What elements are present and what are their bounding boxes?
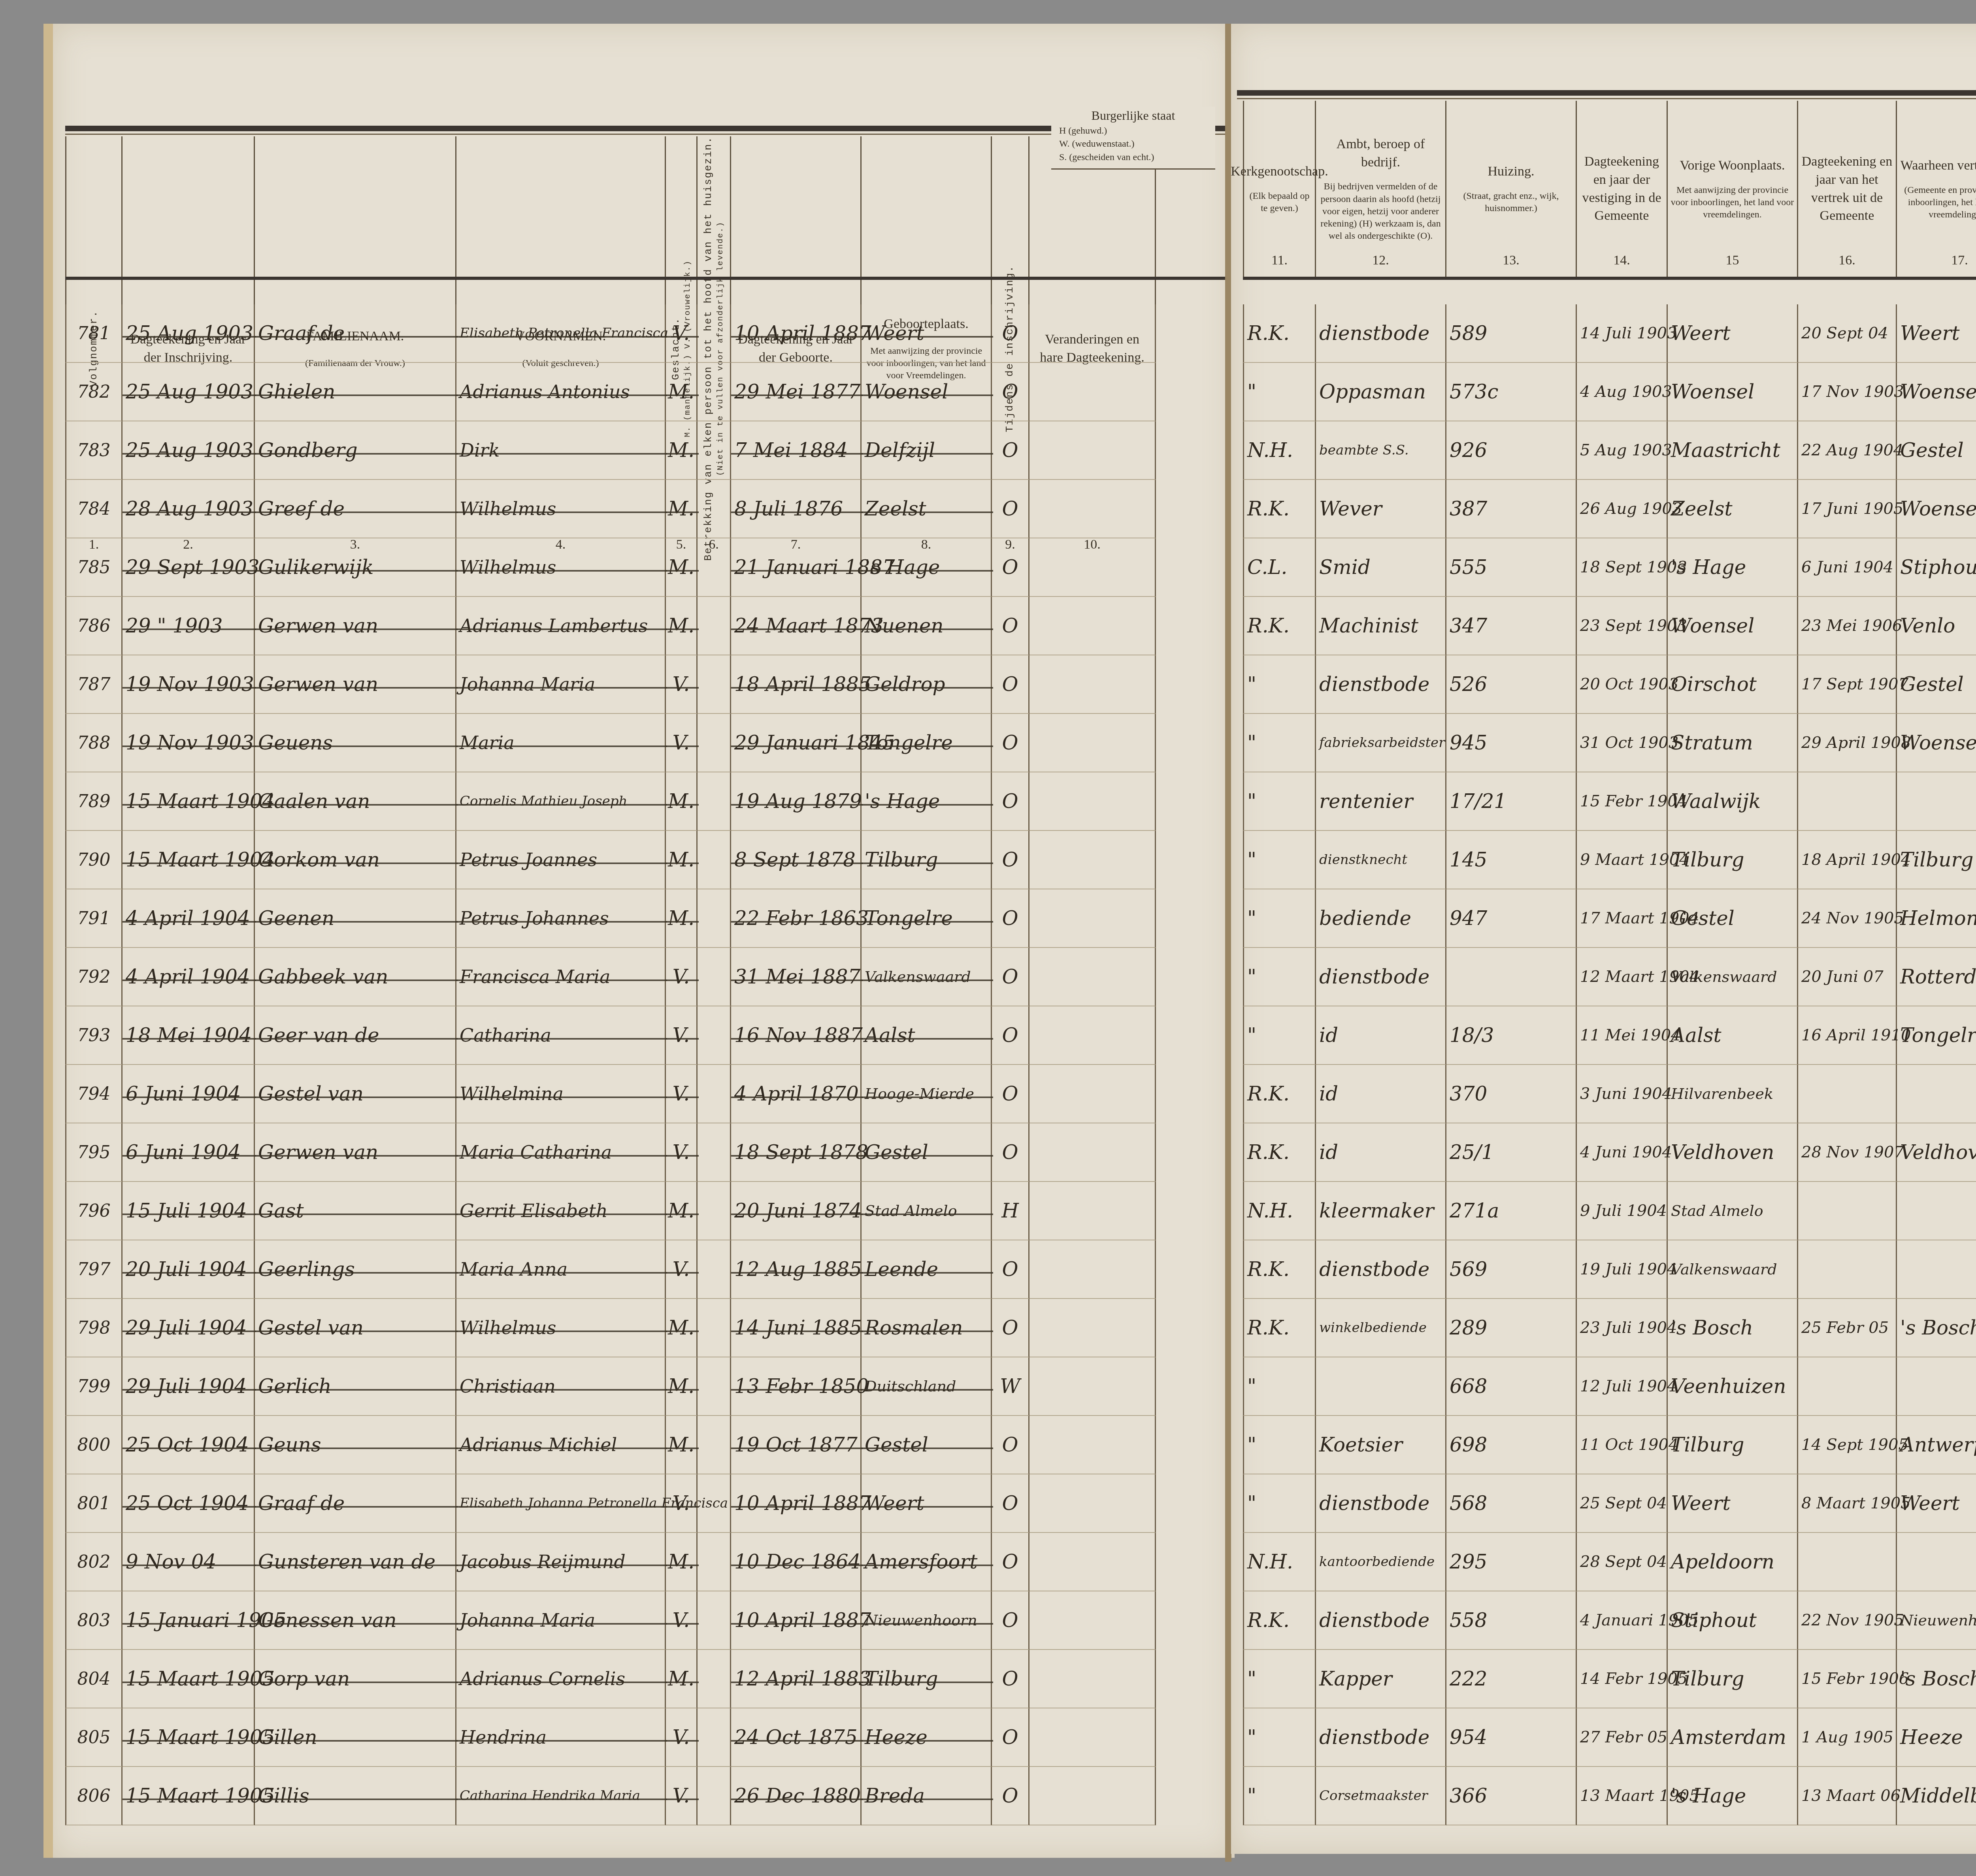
cell-birth-date: 10 April 1887 bbox=[731, 1591, 862, 1650]
cell-occupation: kantoorbediende bbox=[1316, 1533, 1446, 1591]
cell-settlement-date: 4 Aug 1903 bbox=[1577, 363, 1668, 421]
cell-destination: Antwerpen bbox=[1897, 1416, 1976, 1474]
column-header-16: Dagteekening en jaar van het vertrek uit… bbox=[1798, 101, 1897, 277]
cell-registration-date: 20 Juli 1904 bbox=[123, 1240, 255, 1299]
cell-row-number: 806 bbox=[65, 1767, 123, 1825]
cell-church: " bbox=[1243, 363, 1316, 421]
column-header-title: Dagteekening en jaar van het vertrek uit… bbox=[1801, 153, 1893, 225]
cell-registration-date: 19 Nov 1903 bbox=[123, 714, 255, 772]
cell-birth-date: 12 April 1883 bbox=[731, 1650, 862, 1708]
cell-occupation: dienstbode bbox=[1316, 948, 1446, 1006]
cell-occupation: id bbox=[1316, 1065, 1446, 1123]
cell-birth-date: 22 Febr 1863 bbox=[731, 889, 862, 948]
column-header-title: Huizing. bbox=[1488, 162, 1534, 181]
cell-birthplace: Leende bbox=[862, 1240, 992, 1299]
cell-registration-date: 29 Sept 1903 bbox=[123, 538, 255, 597]
cell-given-names: Catharina bbox=[456, 1006, 666, 1065]
cell-previous-residence: Veenhuizen bbox=[1668, 1357, 1798, 1416]
cell-row-number: 794 bbox=[65, 1065, 123, 1123]
cell-occupation: Machinist bbox=[1316, 597, 1446, 655]
cell-settlement-date: 11 Oct 1904 bbox=[1577, 1416, 1668, 1474]
cell-birthplace: Tilburg bbox=[862, 831, 992, 889]
cell-settlement-date: 14 Febr 1905 bbox=[1577, 1650, 1668, 1708]
cell-civil-status-changes bbox=[1029, 772, 1156, 831]
cell-house-number: 568 bbox=[1446, 1474, 1577, 1533]
cell-departure-date: 8 Maart 1905 bbox=[1798, 1474, 1897, 1533]
cell-civil-status: O bbox=[992, 421, 1029, 480]
cell-previous-residence: Gestel bbox=[1668, 889, 1798, 948]
cell-relation bbox=[698, 1591, 731, 1650]
cell-registration-date: 18 Mei 1904 bbox=[123, 1006, 255, 1065]
cell-birthplace: 's Hage bbox=[862, 772, 992, 831]
cell-registration-date: 15 Januari 1905 bbox=[123, 1591, 255, 1650]
cell-departure-date bbox=[1798, 1533, 1897, 1591]
cell-civil-status: O bbox=[992, 597, 1029, 655]
cell-birth-date: 10 Dec 1864 bbox=[731, 1533, 862, 1591]
cell-given-names: Christiaan bbox=[456, 1357, 666, 1416]
cell-registration-date: 15 Maart 1905 bbox=[123, 1650, 255, 1708]
burgerlijke-staat-legend-item: H (gehuwd.) bbox=[1051, 125, 1215, 138]
cell-departure-date: 22 Nov 1905 bbox=[1798, 1591, 1897, 1650]
cell-church: N.H. bbox=[1243, 421, 1316, 480]
cell-destination bbox=[1897, 1182, 1976, 1240]
cell-birth-date: 20 Juni 1874 bbox=[731, 1182, 862, 1240]
cell-gender: V. bbox=[666, 714, 698, 772]
cell-settlement-date: 19 Juli 1904 bbox=[1577, 1240, 1668, 1299]
cell-destination: Middelburg bbox=[1897, 1767, 1976, 1825]
cell-civil-status-changes bbox=[1029, 1533, 1156, 1591]
cell-family-name: Geer van de bbox=[255, 1006, 456, 1065]
cell-house-number: 555 bbox=[1446, 538, 1577, 597]
cell-occupation: Wever bbox=[1316, 480, 1446, 538]
cell-birth-date: 29 Mei 1877 bbox=[731, 363, 862, 421]
cell-birthplace: Geldrop bbox=[862, 655, 992, 714]
cell-occupation: beambte S.S. bbox=[1316, 421, 1446, 480]
cell-church: " bbox=[1243, 1416, 1316, 1474]
cell-occupation: dienstbode bbox=[1316, 304, 1446, 363]
cell-given-names: Elisabeth Petronella Francisca bbox=[456, 304, 666, 363]
cell-civil-status: O bbox=[992, 1006, 1029, 1065]
cell-civil-status: O bbox=[992, 1299, 1029, 1357]
cell-settlement-date: 3 Juni 1904 bbox=[1577, 1065, 1668, 1123]
cell-birth-date: 24 Oct 1875 bbox=[731, 1708, 862, 1767]
cell-settlement-date: 28 Sept 04 bbox=[1577, 1533, 1668, 1591]
cell-gender: V. bbox=[666, 655, 698, 714]
cell-occupation: id bbox=[1316, 1006, 1446, 1065]
cell-settlement-date: 4 Januari 1905 bbox=[1577, 1591, 1668, 1650]
cell-civil-status: O bbox=[992, 655, 1029, 714]
burgerlijke-staat-legend-item: S. (gescheiden van echt.) bbox=[1051, 151, 1215, 164]
cell-row-number: 803 bbox=[65, 1591, 123, 1650]
cell-civil-status-changes bbox=[1029, 1708, 1156, 1767]
cell-previous-residence: Veldhoven bbox=[1668, 1123, 1798, 1182]
cell-given-names: Maria bbox=[456, 714, 666, 772]
cell-departure-date: 24 Nov 1905 bbox=[1798, 889, 1897, 948]
cell-occupation: Oppasman bbox=[1316, 363, 1446, 421]
cell-birthplace: Rosmalen bbox=[862, 1299, 992, 1357]
cell-given-names: Johanna Maria bbox=[456, 1591, 666, 1650]
cell-house-number: 347 bbox=[1446, 597, 1577, 655]
cell-birth-date: 14 Juni 1885 bbox=[731, 1299, 862, 1357]
cell-occupation: dienstbode bbox=[1316, 1591, 1446, 1650]
cell-departure-date: 20 Juni 07 bbox=[1798, 948, 1897, 1006]
column-number: 15 bbox=[1668, 251, 1797, 270]
cell-birth-date: 18 Sept 1878 bbox=[731, 1123, 862, 1182]
cell-birthplace: Delfzijl bbox=[862, 421, 992, 480]
cell-civil-status-changes bbox=[1029, 363, 1156, 421]
cell-gender: M. bbox=[666, 538, 698, 597]
cell-destination: Gestel bbox=[1897, 421, 1976, 480]
cell-registration-date: 15 Maart 1905 bbox=[123, 1708, 255, 1767]
column-number: 12. bbox=[1316, 251, 1445, 270]
cell-occupation: fabrieksarbeidster bbox=[1316, 714, 1446, 772]
cell-civil-status-changes bbox=[1029, 1299, 1156, 1357]
cell-house-number: 526 bbox=[1446, 655, 1577, 714]
cell-civil-status: O bbox=[992, 1650, 1029, 1708]
column-header-title: Ambt, beroep of bedrijf. bbox=[1318, 135, 1443, 172]
header-bottom-rule-right bbox=[1243, 277, 1976, 280]
cell-departure-date bbox=[1798, 772, 1897, 831]
cell-gender: V. bbox=[666, 1065, 698, 1123]
cell-birth-date: 10 April 1887 bbox=[731, 304, 862, 363]
cell-settlement-date: 11 Mei 1904 bbox=[1577, 1006, 1668, 1065]
column-header-subtitle: (Straat, gracht enz., wijk, huisnommer.) bbox=[1449, 190, 1573, 215]
cell-church: " bbox=[1243, 1650, 1316, 1708]
cell-birthplace: Hooge-Mierde bbox=[862, 1065, 992, 1123]
cell-occupation: Smid bbox=[1316, 538, 1446, 597]
cell-birth-date: 26 Dec 1880 bbox=[731, 1767, 862, 1825]
cell-birth-date: 16 Nov 1887 bbox=[731, 1006, 862, 1065]
cell-destination bbox=[1897, 1240, 1976, 1299]
burgerlijke-staat-title: Burgerlijke staat bbox=[1051, 107, 1215, 125]
cell-church: " bbox=[1243, 1006, 1316, 1065]
cell-given-names: Hendrina bbox=[456, 1708, 666, 1767]
cell-departure-date: 25 Febr 05 bbox=[1798, 1299, 1897, 1357]
cell-previous-residence: Stad Almelo bbox=[1668, 1182, 1798, 1240]
cell-civil-status: O bbox=[992, 714, 1029, 772]
cell-house-number: 366 bbox=[1446, 1767, 1577, 1825]
cell-row-number: 782 bbox=[65, 363, 123, 421]
cell-birth-date: 29 Januari 1845 bbox=[731, 714, 862, 772]
cell-civil-status: O bbox=[992, 1474, 1029, 1533]
cell-house-number bbox=[1446, 948, 1577, 1006]
column-number: 13. bbox=[1446, 251, 1576, 270]
cell-church: " bbox=[1243, 1357, 1316, 1416]
cell-destination: Helmond bbox=[1897, 889, 1976, 948]
cell-given-names: Dirk bbox=[456, 421, 666, 480]
cell-civil-status: O bbox=[992, 1065, 1029, 1123]
cell-row-number: 783 bbox=[65, 421, 123, 480]
cell-family-name: Gerwen van bbox=[255, 655, 456, 714]
cell-house-number: 954 bbox=[1446, 1708, 1577, 1767]
cell-departure-date: 17 Sept 1907 bbox=[1798, 655, 1897, 714]
cell-family-name: Geuns bbox=[255, 1416, 456, 1474]
cell-given-names: Adrianus Cornelis bbox=[456, 1650, 666, 1708]
cell-given-names: Elisabeth Johanna Petronella Francisca bbox=[456, 1474, 666, 1533]
cell-previous-residence: 's Bosch bbox=[1668, 1299, 1798, 1357]
column-number: 14. bbox=[1577, 251, 1667, 270]
cell-church: " bbox=[1243, 655, 1316, 714]
cell-relation bbox=[698, 948, 731, 1006]
cell-previous-residence: Valkenswaard bbox=[1668, 948, 1798, 1006]
cell-destination: 's Bosch bbox=[1897, 1650, 1976, 1708]
left-column-headers: Volgnommer.1.Dagteekening en Jaar der In… bbox=[65, 136, 1156, 277]
cell-birthplace: Breda bbox=[862, 1767, 992, 1825]
cell-church: R.K. bbox=[1243, 1123, 1316, 1182]
cell-relation bbox=[698, 1474, 731, 1533]
cell-family-name: Gorp van bbox=[255, 1650, 456, 1708]
cell-civil-status-changes bbox=[1029, 538, 1156, 597]
cell-relation bbox=[698, 1182, 731, 1240]
column-header-13: Huizing.(Straat, gracht enz., wijk, huis… bbox=[1446, 101, 1577, 277]
column-header-title: Dagteekening en jaar der vestiging in de… bbox=[1579, 153, 1664, 225]
cell-family-name: Gerwen van bbox=[255, 1123, 456, 1182]
cell-church: R.K. bbox=[1243, 1591, 1316, 1650]
cell-registration-date: 9 Nov 04 bbox=[123, 1533, 255, 1591]
header-thin-rule-right bbox=[1237, 98, 1976, 99]
cell-house-number: 295 bbox=[1446, 1533, 1577, 1591]
cell-registration-date: 15 Maart 1905 bbox=[123, 1767, 255, 1825]
cell-registration-date: 15 Juli 1904 bbox=[123, 1182, 255, 1240]
cell-birthplace: Tilburg bbox=[862, 1650, 992, 1708]
cell-given-names: Johanna Maria bbox=[456, 655, 666, 714]
cell-house-number: 558 bbox=[1446, 1591, 1577, 1650]
cell-destination bbox=[1897, 1533, 1976, 1591]
cell-registration-date: 6 Juni 1904 bbox=[123, 1065, 255, 1123]
cell-birthplace: Tongelre bbox=[862, 889, 992, 948]
cell-birth-date: 13 Febr 1850 bbox=[731, 1357, 862, 1416]
cell-relation bbox=[698, 1708, 731, 1767]
cell-church: " bbox=[1243, 889, 1316, 948]
cell-destination: Venlo bbox=[1897, 597, 1976, 655]
cell-relation bbox=[698, 655, 731, 714]
cell-civil-status: O bbox=[992, 304, 1029, 363]
cell-previous-residence: Oirschot bbox=[1668, 655, 1798, 714]
cell-occupation: Koetsier bbox=[1316, 1416, 1446, 1474]
cell-family-name: Gaalen van bbox=[255, 772, 456, 831]
cell-occupation: dienstknecht bbox=[1316, 831, 1446, 889]
cell-registration-date: 29 Juli 1904 bbox=[123, 1357, 255, 1416]
cell-destination: Nieuwenhoorn bbox=[1897, 1591, 1976, 1650]
cell-relation bbox=[698, 1767, 731, 1825]
cell-gender: V. bbox=[666, 304, 698, 363]
cell-departure-date: 17 Juni 1905 bbox=[1798, 480, 1897, 538]
cell-civil-status: O bbox=[992, 480, 1029, 538]
cell-family-name: Geuens bbox=[255, 714, 456, 772]
cell-registration-date: 25 Oct 1904 bbox=[123, 1474, 255, 1533]
cell-civil-status: O bbox=[992, 1767, 1029, 1825]
cell-settlement-date: 17 Maart 1904 bbox=[1577, 889, 1668, 948]
cell-row-number: 786 bbox=[65, 597, 123, 655]
cell-church: " bbox=[1243, 1474, 1316, 1533]
cell-previous-residence: Woensel bbox=[1668, 597, 1798, 655]
cell-registration-date: 4 April 1904 bbox=[123, 889, 255, 948]
left-register-table: 78125 Aug 1903Graaf deElisabeth Petronel… bbox=[65, 304, 1156, 1825]
cell-birthplace: Nuenen bbox=[862, 597, 992, 655]
cell-occupation: id bbox=[1316, 1123, 1446, 1182]
cell-church: R.K. bbox=[1243, 1299, 1316, 1357]
cell-row-number: 802 bbox=[65, 1533, 123, 1591]
cell-previous-residence: Weert bbox=[1668, 1474, 1798, 1533]
cell-church: " bbox=[1243, 948, 1316, 1006]
cell-relation bbox=[698, 1006, 731, 1065]
header-top-rule-right bbox=[1237, 90, 1976, 96]
cell-church: R.K. bbox=[1243, 304, 1316, 363]
cell-relation bbox=[698, 1299, 731, 1357]
cell-church: R.K. bbox=[1243, 1065, 1316, 1123]
cell-gender: V. bbox=[666, 1123, 698, 1182]
cell-birth-date: 18 April 1885 bbox=[731, 655, 862, 714]
column-header-subtitle: Bij bedrijven vermelden of de persoon da… bbox=[1318, 181, 1443, 242]
cell-registration-date: 15 Maart 1904 bbox=[123, 831, 255, 889]
cell-family-name: Geenen bbox=[255, 889, 456, 948]
cell-settlement-date: 23 Sept 1903 bbox=[1577, 597, 1668, 655]
cell-row-number: 787 bbox=[65, 655, 123, 714]
cell-house-number: 370 bbox=[1446, 1065, 1577, 1123]
cell-relation bbox=[698, 1533, 731, 1591]
cell-previous-residence: Waalwijk bbox=[1668, 772, 1798, 831]
cell-birthplace: Weert bbox=[862, 304, 992, 363]
cell-destination: Woensel bbox=[1897, 480, 1976, 538]
cell-given-names: Catharina Hendrika Maria bbox=[456, 1767, 666, 1825]
cell-destination: 's Bosch bbox=[1897, 1299, 1976, 1357]
cell-birthplace: Weert bbox=[862, 1474, 992, 1533]
cell-birthplace: Tongelre bbox=[862, 714, 992, 772]
cell-relation bbox=[698, 363, 731, 421]
cell-gender: V. bbox=[666, 948, 698, 1006]
cell-relation bbox=[698, 1357, 731, 1416]
cell-given-names: Adrianus Michiel bbox=[456, 1416, 666, 1474]
cell-given-names: Francisca Maria bbox=[456, 948, 666, 1006]
cell-church: " bbox=[1243, 831, 1316, 889]
cell-birth-date: 4 April 1870 bbox=[731, 1065, 862, 1123]
cell-birth-date: 10 April 1887 bbox=[731, 1474, 862, 1533]
cell-given-names: Maria Anna bbox=[456, 1240, 666, 1299]
cell-birthplace: Gestel bbox=[862, 1123, 992, 1182]
burgerlijke-staat-header: Burgerlijke staatH (gehuwd.)W. (weduwens… bbox=[1051, 107, 1215, 170]
cell-departure-date: 15 Febr 1906 bbox=[1798, 1650, 1897, 1708]
cell-civil-status-changes bbox=[1029, 1416, 1156, 1474]
cell-birth-date: 7 Mei 1884 bbox=[731, 421, 862, 480]
cell-civil-status-changes bbox=[1029, 1591, 1156, 1650]
cell-family-name: Gast bbox=[255, 1182, 456, 1240]
cell-departure-date: 17 Nov 1903 bbox=[1798, 363, 1897, 421]
cell-family-name: Gulikerwijk bbox=[255, 538, 456, 597]
cell-previous-residence: Tilburg bbox=[1668, 831, 1798, 889]
cell-departure-date: 14 Sept 1905 bbox=[1798, 1416, 1897, 1474]
cell-occupation: winkelbediende bbox=[1316, 1299, 1446, 1357]
cell-previous-residence: Aalst bbox=[1668, 1006, 1798, 1065]
cell-civil-status-changes bbox=[1029, 948, 1156, 1006]
cell-row-number: 793 bbox=[65, 1006, 123, 1065]
column-header-subtitle: Met aanwijzing der provincie voor inboor… bbox=[1670, 184, 1795, 221]
cell-relation bbox=[698, 1650, 731, 1708]
cell-birth-date: 8 Sept 1878 bbox=[731, 831, 862, 889]
cell-given-names: Wilhelmus bbox=[456, 1299, 666, 1357]
cell-registration-date: 4 April 1904 bbox=[123, 948, 255, 1006]
cell-relation bbox=[698, 1065, 731, 1123]
cell-occupation: dienstbode bbox=[1316, 1708, 1446, 1767]
cell-previous-residence: Apeldoorn bbox=[1668, 1533, 1798, 1591]
cell-birth-date: 21 Januari 1887 bbox=[731, 538, 862, 597]
cell-row-number: 799 bbox=[65, 1357, 123, 1416]
cell-occupation: dienstbode bbox=[1316, 1474, 1446, 1533]
cell-row-number: 788 bbox=[65, 714, 123, 772]
cell-settlement-date: 20 Oct 1903 bbox=[1577, 655, 1668, 714]
cell-gender: M. bbox=[666, 1357, 698, 1416]
cell-row-number: 792 bbox=[65, 948, 123, 1006]
cell-previous-residence: Woensel bbox=[1668, 363, 1798, 421]
cell-civil-status: O bbox=[992, 1123, 1029, 1182]
column-header-title: Vorige Woonplaats. bbox=[1680, 157, 1785, 175]
cell-relation bbox=[698, 889, 731, 948]
cell-relation bbox=[698, 714, 731, 772]
cell-relation bbox=[698, 304, 731, 363]
cell-family-name: Graaf de bbox=[255, 1474, 456, 1533]
cell-gender: V. bbox=[666, 1474, 698, 1533]
cell-gender: M. bbox=[666, 597, 698, 655]
cell-civil-status-changes bbox=[1029, 889, 1156, 948]
cell-settlement-date: 14 Juli 1903 bbox=[1577, 304, 1668, 363]
cell-occupation: kleermaker bbox=[1316, 1182, 1446, 1240]
cell-destination: Stiphout bbox=[1897, 538, 1976, 597]
column-header-12: Ambt, beroep of bedrijf.Bij bedrijven ve… bbox=[1316, 101, 1446, 277]
cell-civil-status-changes bbox=[1029, 1123, 1156, 1182]
cell-departure-date: 16 April 1910 bbox=[1798, 1006, 1897, 1065]
cell-gender: V. bbox=[666, 1708, 698, 1767]
cell-house-number: 387 bbox=[1446, 480, 1577, 538]
cell-previous-residence: Weert bbox=[1668, 304, 1798, 363]
cell-given-names: Gerrit Elisabeth bbox=[456, 1182, 666, 1240]
cell-family-name: Gunsteren van de bbox=[255, 1533, 456, 1591]
cell-destination bbox=[1897, 1065, 1976, 1123]
cell-occupation bbox=[1316, 1357, 1446, 1416]
cell-previous-residence: Maastricht bbox=[1668, 421, 1798, 480]
cell-row-number: 805 bbox=[65, 1708, 123, 1767]
cell-settlement-date: 4 Juni 1904 bbox=[1577, 1123, 1668, 1182]
cell-occupation: Kapper bbox=[1316, 1650, 1446, 1708]
header-bottom-rule-left bbox=[65, 277, 1225, 280]
cell-occupation: dienstbode bbox=[1316, 1240, 1446, 1299]
cell-civil-status: H bbox=[992, 1182, 1029, 1240]
cell-house-number: 18/3 bbox=[1446, 1006, 1577, 1065]
cell-birthplace: Heeze bbox=[862, 1708, 992, 1767]
cell-church: R.K. bbox=[1243, 480, 1316, 538]
cell-previous-residence: Stratum bbox=[1668, 714, 1798, 772]
cell-destination: Weert bbox=[1897, 1474, 1976, 1533]
cell-civil-status-changes bbox=[1029, 1767, 1156, 1825]
column-header-subtitle: (Gemeente en provincie voor inboorlingen… bbox=[1899, 184, 1976, 221]
cell-settlement-date: 18 Sept 1903 bbox=[1577, 538, 1668, 597]
cell-departure-date bbox=[1798, 1240, 1897, 1299]
cell-church: N.H. bbox=[1243, 1182, 1316, 1240]
cell-house-number: 289 bbox=[1446, 1299, 1577, 1357]
cell-birthplace: Valkenswaard bbox=[862, 948, 992, 1006]
cell-church: " bbox=[1243, 1708, 1316, 1767]
cell-gender: M. bbox=[666, 1416, 698, 1474]
cell-row-number: 795 bbox=[65, 1123, 123, 1182]
cell-birth-date: 19 Aug 1879 bbox=[731, 772, 862, 831]
cell-settlement-date: 23 Juli 1904 bbox=[1577, 1299, 1668, 1357]
cell-registration-date: 6 Juni 1904 bbox=[123, 1123, 255, 1182]
cell-occupation: Corsetmaakster bbox=[1316, 1767, 1446, 1825]
cell-registration-date: 25 Oct 1904 bbox=[123, 1416, 255, 1474]
cell-destination: Rotterdam bbox=[1897, 948, 1976, 1006]
cell-row-number: 800 bbox=[65, 1416, 123, 1474]
cell-civil-status-changes bbox=[1029, 1357, 1156, 1416]
cell-relation bbox=[698, 538, 731, 597]
cell-occupation: dienstbode bbox=[1316, 655, 1446, 714]
